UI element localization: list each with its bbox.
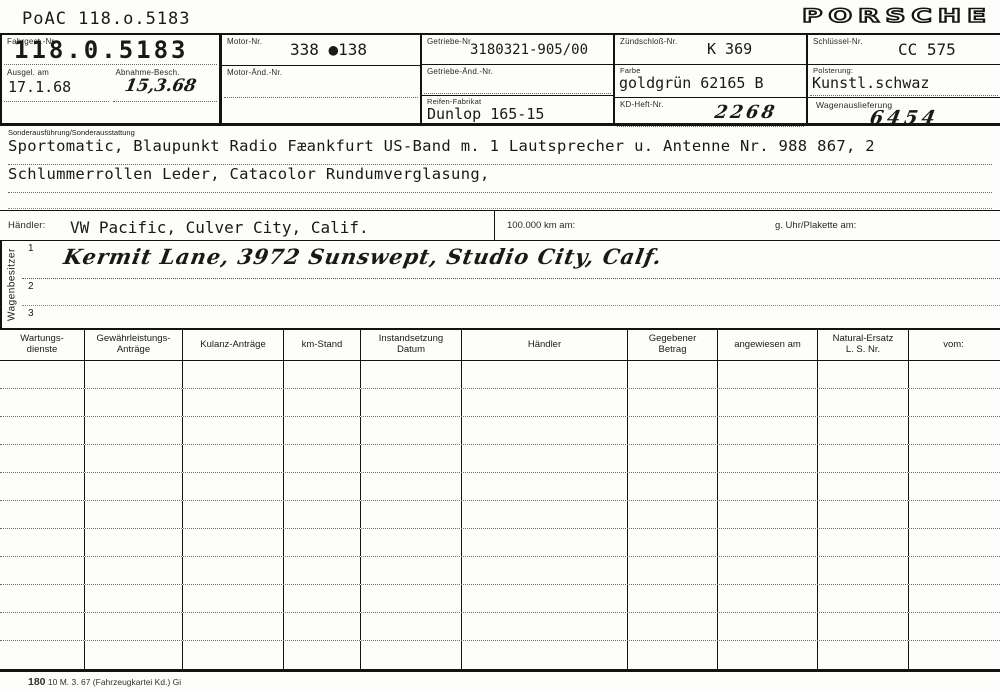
table-row	[0, 585, 1000, 613]
table-cell	[361, 641, 462, 669]
tyre-make-cell: Reifen-Fabrikat Dunlop 165-15	[422, 96, 613, 126]
service-booklet-cell: KD-Heft-Nr. 2268	[615, 98, 806, 128]
special-equipment-label: Sonderausführung/Sonderausstattung	[8, 128, 992, 137]
table-row	[0, 445, 1000, 473]
table-cell	[85, 417, 183, 444]
gearbox-change-cell: Getriebe-Änd.-Nr.	[422, 65, 613, 96]
table-cell	[85, 529, 183, 556]
table-cell	[361, 501, 462, 528]
chassis-number-value: 118.0.5183	[14, 36, 189, 64]
gearbox-number-label: Getriebe-Nr	[427, 37, 471, 46]
column-header: Gewährleistungs- Anträge	[85, 330, 183, 360]
table-cell	[361, 613, 462, 640]
engine-number-cell: Motor-Nr. 338 ●138	[222, 35, 420, 66]
table-cell	[909, 389, 998, 416]
key-number-cell: Schlüssel-Nr. CC 575	[808, 35, 1000, 65]
chassis-column: Fahrgest.-Nr. 118.0.5183 Ausgel. am 17.1…	[0, 35, 222, 123]
special-equipment-line1: Sportomatic, Blaupunkt Radio Fæankfurt U…	[8, 137, 992, 165]
column-header: Instandsetzung Datum	[361, 330, 462, 360]
dotted-rule	[8, 193, 992, 209]
table-cell	[628, 613, 718, 640]
table-cell	[85, 585, 183, 612]
column-header: km-Stand	[284, 330, 361, 360]
table-cell	[718, 361, 818, 388]
table-cell	[183, 641, 284, 669]
owner-rows: 1 Kermit Lane, 3972 Sunswept, Studio Cit…	[22, 241, 1000, 328]
table-cell	[85, 389, 183, 416]
table-cell	[718, 641, 818, 669]
table-cell	[85, 613, 183, 640]
table-cell	[85, 473, 183, 500]
table-cell	[818, 585, 909, 612]
chassis-number-cell: Fahrgest.-Nr. 118.0.5183	[2, 35, 219, 66]
table-cell	[183, 529, 284, 556]
table-cell	[0, 389, 85, 416]
gearbox-number-value: 3180321-905/00	[470, 42, 588, 58]
key-upholstery-column: Schlüssel-Nr. CC 575 Polsterung: Kunstl.…	[808, 35, 1000, 123]
table-cell	[718, 529, 818, 556]
table-cell	[85, 445, 183, 472]
table-cell	[909, 641, 998, 669]
table-cell	[628, 473, 718, 500]
table-cell	[628, 557, 718, 584]
table-cell	[183, 417, 284, 444]
table-cell	[85, 557, 183, 584]
table-cell	[183, 501, 284, 528]
dotted-rule	[4, 64, 217, 65]
delivery-cell: Wagenauslieferung 6454	[808, 98, 1000, 128]
service-table: Wartungs- dienste Gewährleistungs- Anträ…	[0, 330, 1000, 672]
table-cell	[0, 417, 85, 444]
form-number: 180	[28, 676, 46, 688]
table-cell	[183, 557, 284, 584]
table-cell	[818, 557, 909, 584]
table-cell	[718, 473, 818, 500]
table-cell	[0, 641, 85, 669]
dealer-row: Händler: VW Pacific, Culver City, Calif.…	[0, 210, 1000, 241]
table-cell	[361, 473, 462, 500]
table-cell	[909, 613, 998, 640]
table-cell	[0, 501, 85, 528]
engine-change-cell: Motor-Änd.-Nr.	[222, 66, 420, 126]
table-row	[0, 613, 1000, 641]
table-cell	[718, 445, 818, 472]
table-cell	[85, 501, 183, 528]
table-cell	[462, 529, 628, 556]
table-cell	[462, 417, 628, 444]
table-cell	[462, 641, 628, 669]
ignition-lock-label: Zündschloß-Nr.	[620, 37, 677, 46]
table-cell	[718, 389, 818, 416]
table-cell	[183, 473, 284, 500]
column-header: Händler	[462, 330, 628, 360]
table-cell	[284, 389, 361, 416]
table-cell	[909, 473, 998, 500]
print-info: 10 M. 3. 67 (Fahrzeugkartei Kd.) Gi	[48, 677, 181, 687]
table-cell	[462, 613, 628, 640]
table-cell	[0, 445, 85, 472]
dotted-rule	[224, 97, 418, 98]
table-cell	[718, 417, 818, 444]
column-header: Kulanz-Anträge	[183, 330, 284, 360]
table-cell	[909, 557, 998, 584]
table-cell	[909, 529, 998, 556]
table-cell	[628, 585, 718, 612]
table-cell	[0, 585, 85, 612]
table-cell	[818, 613, 909, 640]
table-cell	[628, 529, 718, 556]
owner-row-2: 2	[22, 279, 1000, 306]
table-cell	[361, 361, 462, 388]
table-cell	[284, 613, 361, 640]
mileage-label: 100.000 km am:	[507, 220, 575, 231]
delivered-date-value: 17.1.68	[8, 78, 71, 96]
engine-number-label: Motor-Nr.	[227, 37, 262, 46]
table-cell	[284, 417, 361, 444]
table-row	[0, 501, 1000, 529]
table-cell	[628, 389, 718, 416]
table-cell	[462, 473, 628, 500]
dealer-value: VW Pacific, Culver City, Calif.	[70, 218, 369, 237]
table-cell	[361, 529, 462, 556]
table-cell	[183, 613, 284, 640]
table-cell	[909, 445, 998, 472]
table-cell	[628, 417, 718, 444]
table-cell	[628, 445, 718, 472]
service-booklet-value: 2268	[713, 102, 779, 123]
owner-section: Wagenbesitzer 1 Kermit Lane, 3972 Sunswe…	[0, 241, 1000, 330]
table-cell	[361, 389, 462, 416]
table-cell	[284, 361, 361, 388]
column-header: Natural-Ersatz L. S. Nr.	[818, 330, 909, 360]
table-row	[0, 417, 1000, 445]
delivered-date-cell: Ausgel. am 17.1.68	[2, 66, 111, 126]
table-cell	[628, 361, 718, 388]
table-cell	[284, 557, 361, 584]
table-cell	[361, 417, 462, 444]
dotted-rule	[113, 101, 218, 102]
acceptance-cert-cell: Abnahme-Besch. 15,3.68	[111, 66, 220, 126]
form-footer: 180 10 M. 3. 67 (Fahrzeugkartei Kd.) Gi	[28, 676, 181, 688]
table-cell	[718, 585, 818, 612]
owner-row-1: 1 Kermit Lane, 3972 Sunswept, Studio Cit…	[22, 241, 1000, 279]
service-booklet-label: KD-Heft-Nr.	[620, 100, 664, 109]
table-row	[0, 529, 1000, 557]
table-cell	[0, 473, 85, 500]
table-cell	[284, 473, 361, 500]
upholstery-value: Kunstl.schwaz	[812, 74, 929, 92]
table-cell	[0, 557, 85, 584]
vehicle-data-form: Fahrgest.-Nr. 118.0.5183 Ausgel. am 17.1…	[0, 33, 1000, 126]
service-table-header: Wartungs- dienste Gewährleistungs- Anträ…	[0, 330, 1000, 361]
owner-row-number: 2	[28, 281, 34, 292]
engine-column: Motor-Nr. 338 ●138 Motor-Änd.-Nr.	[222, 35, 422, 123]
table-cell	[85, 641, 183, 669]
table-cell	[909, 501, 998, 528]
table-cell	[284, 529, 361, 556]
file-reference: PoAC 118.o.5183	[22, 9, 191, 29]
table-cell	[718, 501, 818, 528]
dotted-rule	[424, 93, 611, 94]
ignition-lock-value: K 369	[707, 40, 752, 58]
table-cell	[284, 501, 361, 528]
table-cell	[284, 641, 361, 669]
table-cell	[183, 361, 284, 388]
dotted-rule	[810, 95, 998, 96]
colour-value: goldgrün 62165 B	[619, 74, 764, 92]
table-row	[0, 641, 1000, 669]
owner-row-3: 3	[22, 306, 1000, 328]
table-cell	[183, 389, 284, 416]
table-cell	[183, 585, 284, 612]
clock-plaque-label: g. Uhr/Plakette am:	[775, 220, 856, 231]
owner-row-number: 1	[28, 243, 34, 254]
table-row	[0, 473, 1000, 501]
table-cell	[909, 361, 998, 388]
table-cell	[818, 641, 909, 669]
delivered-date-label: Ausgel. am	[7, 68, 49, 77]
table-cell	[0, 361, 85, 388]
column-header: Wartungs- dienste	[0, 330, 85, 360]
table-cell	[818, 361, 909, 388]
column-header: angewiesen am	[718, 330, 818, 360]
table-cell	[718, 557, 818, 584]
table-cell	[85, 361, 183, 388]
table-cell	[818, 501, 909, 528]
owner-section-label: Wagenbesitzer	[0, 241, 22, 328]
tyre-make-value: Dunlop 165-15	[427, 105, 544, 123]
ignition-lock-cell: Zündschloß-Nr. K 369	[615, 35, 806, 65]
upholstery-cell: Polsterung: Kunstl.schwaz	[808, 65, 1000, 98]
table-cell	[628, 501, 718, 528]
table-cell	[818, 529, 909, 556]
table-cell	[462, 501, 628, 528]
table-row	[0, 389, 1000, 417]
dealer-cell: Händler: VW Pacific, Culver City, Calif.	[0, 211, 495, 240]
table-cell	[628, 641, 718, 669]
table-cell	[818, 445, 909, 472]
special-equipment-line2: Schlummerrollen Leder, Catacolor Rundumv…	[8, 165, 992, 193]
table-cell	[818, 417, 909, 444]
table-cell	[718, 613, 818, 640]
dealer-label: Händler:	[8, 220, 46, 231]
table-cell	[361, 585, 462, 612]
table-cell	[0, 529, 85, 556]
porsche-logo-text: PORSCHE	[802, 5, 992, 27]
table-cell	[818, 473, 909, 500]
table-cell	[909, 585, 998, 612]
special-equipment-section: Sonderausführung/Sonderausstattung Sport…	[0, 126, 1000, 210]
gearbox-change-label: Getriebe-Änd.-Nr.	[427, 67, 493, 76]
table-cell	[818, 389, 909, 416]
table-cell	[909, 417, 998, 444]
table-cell	[284, 585, 361, 612]
ignition-colour-column: Zündschloß-Nr. K 369 Farbe goldgrün 6216…	[615, 35, 808, 123]
table-cell	[462, 557, 628, 584]
key-number-value: CC 575	[898, 40, 956, 59]
table-cell	[361, 445, 462, 472]
table-cell	[462, 389, 628, 416]
table-cell	[462, 585, 628, 612]
porsche-logo: PORSCHE	[800, 3, 996, 34]
owner-row-number: 3	[28, 308, 34, 319]
table-cell	[0, 613, 85, 640]
engine-change-label: Motor-Änd.-Nr.	[227, 68, 282, 77]
mileage-plaque-cell: 100.000 km am: g. Uhr/Plakette am:	[495, 211, 1000, 240]
gearbox-column: Getriebe-Nr 3180321-905/00 Getriebe-Änd.…	[422, 35, 615, 123]
table-cell	[462, 445, 628, 472]
table-cell	[183, 445, 284, 472]
service-table-body	[0, 361, 1000, 669]
table-row	[0, 361, 1000, 389]
table-row	[0, 557, 1000, 585]
table-cell	[284, 445, 361, 472]
column-header: vom:	[909, 330, 998, 360]
acceptance-cert-value: 15,3.68	[123, 76, 198, 96]
top-strip: PoAC 118.o.5183 PORSCHE	[0, 0, 1000, 33]
gearbox-number-cell: Getriebe-Nr 3180321-905/00	[422, 35, 613, 65]
colour-cell: Farbe goldgrün 62165 B	[615, 65, 806, 98]
key-number-label: Schlüssel-Nr.	[813, 37, 863, 46]
owner-name-value: Kermit Lane, 3972 Sunswept, Studio City,…	[62, 244, 664, 269]
dotted-rule	[4, 101, 109, 102]
table-cell	[361, 557, 462, 584]
column-header: Gegebener Betrag	[628, 330, 718, 360]
vehicle-record-card: PoAC 118.o.5183 PORSCHE Fahrgest.-Nr. 11…	[0, 0, 1000, 690]
table-cell	[462, 361, 628, 388]
engine-number-value: 338 ●138	[290, 40, 367, 59]
